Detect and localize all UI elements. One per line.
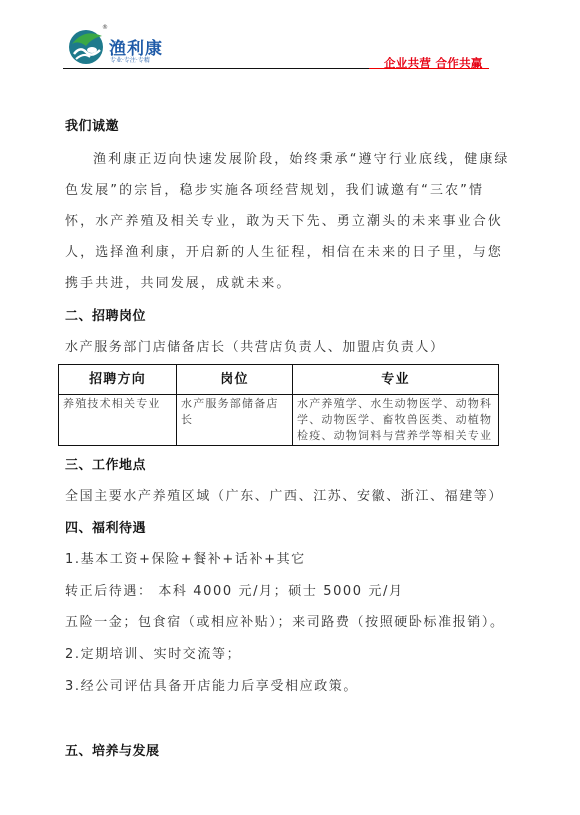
table-header: 招聘方向 [59, 365, 177, 395]
positions-table: 招聘方向 岗位 专业 养殖技术相关专业 水产服务部储备店长 水产养殖学、水生动物… [58, 364, 499, 446]
benefit-item: 1.基本工资+保险+餐补+话补+其它 [65, 548, 306, 567]
table-header: 岗位 [177, 365, 293, 395]
table-header: 专业 [293, 365, 499, 395]
registered-mark: ® [102, 24, 108, 31]
benefit-item: 3.经公司评估具备开店能力后享受相应政策。 [65, 675, 358, 694]
table-header-row: 招聘方向 岗位 专业 [59, 365, 499, 395]
header-divider-accent [369, 68, 489, 69]
benefit-item: 转正后待遇： 本科 4000 元/月；硕士 5000 元/月 [65, 580, 404, 599]
intro-heading: 我们诚邀 [65, 115, 119, 134]
company-logo-icon [66, 26, 106, 66]
table-row: 养殖技术相关专业 水产服务部储备店长 水产养殖学、水生动物医学、动物科学、动物医… [59, 395, 499, 446]
intro-paragraph: 渔利康正迈向快速发展阶段，始终秉承“遵守行业底线，健康绿色发展”的宗旨，稳步实施… [65, 144, 510, 299]
location-text: 全国主要水产养殖区域（广东、广西、江苏、安徽、浙江、福建等） [65, 485, 503, 504]
benefit-item: 五险一金；包食宿（或相应补贴）；来司路费（按照硬卧标准报销）。 [65, 611, 505, 630]
positions-subtitle: 水产服务部门店储备店长（共营店负责人、加盟店负责人） [65, 336, 445, 355]
benefit-item: 2.定期培训、实时交流等； [65, 643, 241, 662]
section-heading-development: 五、培养与发展 [65, 740, 160, 759]
table-cell: 养殖技术相关专业 [59, 395, 177, 446]
table-cell: 水产服务部储备店长 [177, 395, 293, 446]
brand-tagline: 专业·专注·专精 [110, 55, 150, 64]
section-heading-benefits: 四、福利待遇 [65, 517, 146, 536]
table-cell: 水产养殖学、水生动物医学、动物科学、动物医学、畜牧兽医类、动植物检疫、动物饲料与… [293, 395, 499, 446]
section-heading-location: 三、工作地点 [65, 454, 146, 473]
header-divider [63, 68, 369, 69]
section-heading-positions: 二、招聘岗位 [65, 305, 146, 324]
